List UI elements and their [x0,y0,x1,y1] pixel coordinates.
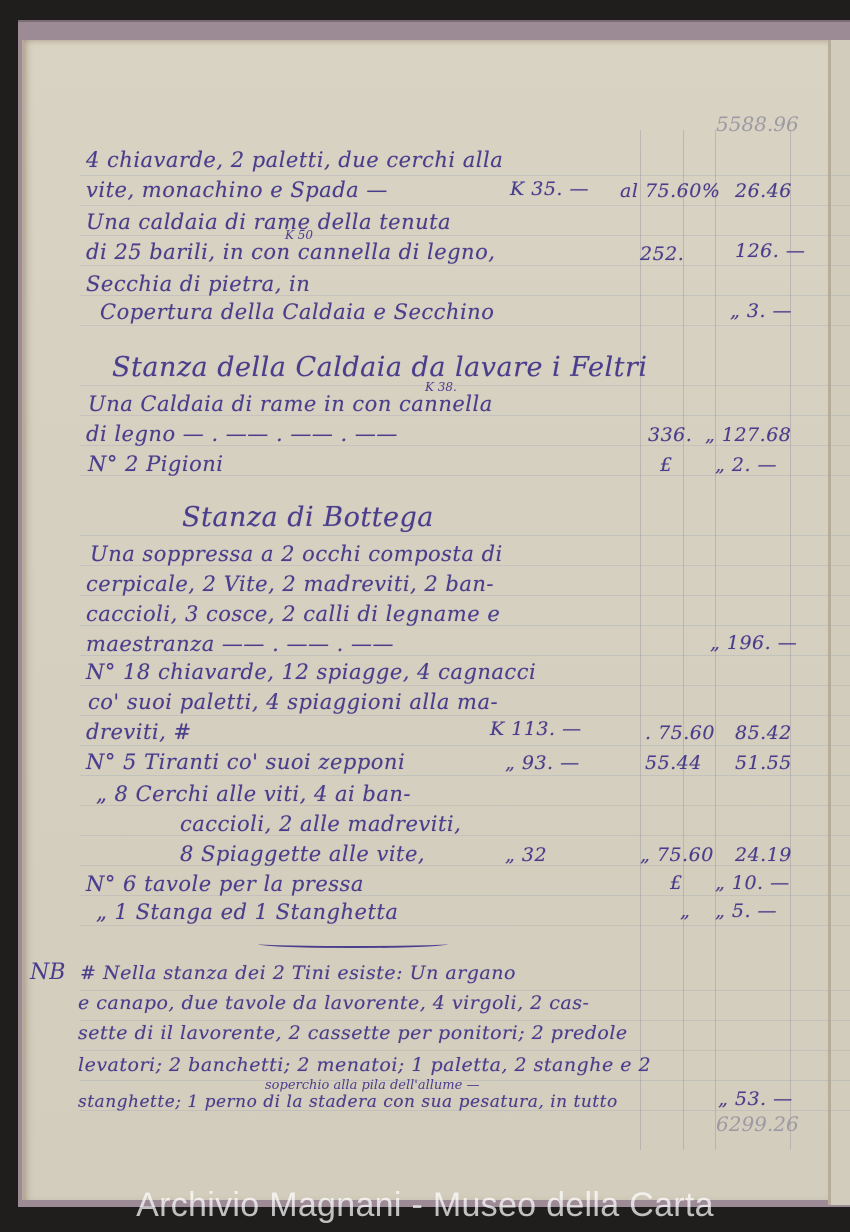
entry-rate: 252. [640,243,684,265]
note-amount: „ 53. — [718,1088,793,1110]
entry-amount: „ 196. — [710,632,797,654]
entry-amount: „ 5. — [715,900,777,922]
entry-rate: . 75.60 [645,722,715,744]
entry-line: co' suoi paletti, 4 spiaggioni alla ma- [88,690,498,714]
adjacent-page-edge [828,40,850,1205]
entry-line: N° 5 Tiranti co' suoi zepponi [86,750,405,774]
entry-line: caccioli, 3 cosce, 2 calli di legname e [86,602,500,626]
pencil-final-total: 6299.26 [716,1112,799,1136]
entry-amount: „ 2. — [715,454,777,476]
entry-line: cerpicale, 2 Vite, 2 madreviti, 2 ban- [86,572,494,596]
entry-amount: 24.19 [735,844,792,866]
entry-superscript: K 38. [425,380,457,394]
entry-line: „ 8 Cerchi alle viti, 4 ai ban- [96,782,411,806]
entry-amount: 51.55 [735,752,792,774]
entry-superscript: K 50 [285,228,313,242]
entry-line: 8 Spiaggette alle vite, [180,842,425,866]
entry-line: Una caldaia di rame della tenuta [86,210,451,234]
pencil-carried-total: 5588.96 [716,112,799,136]
entry-line: N° 6 tavole per la pressa [86,872,364,896]
entry-rate: „ 75.60 [640,844,714,866]
section-end-flourish [258,940,448,948]
entry-qty: „ 32 [505,844,547,866]
entry-rate: „ [680,900,690,922]
entry-amount: „ 127.68 [705,424,791,446]
note-line: sette di il lavorente, 2 cassette per po… [78,1022,628,1044]
entry-line: Una Caldaia di rame in con cannella [88,392,493,416]
entry-rate: 55.44 [645,752,702,774]
entry-line: vite, monachino e Spada — [86,178,388,202]
entry-line: N° 18 chiavarde, 12 spiagge, 4 cagnacci [86,660,536,684]
entry-line: dreviti, # [86,720,192,744]
entry-qty: „ 93. — [505,752,580,774]
note-line: levatori; 2 banchetti; 2 menatoi; 1 pale… [78,1054,651,1076]
entry-line: Copertura della Caldaia e Secchino [100,300,494,324]
entry-amount: 126. — [735,240,805,262]
entry-line: di 25 barili, in con cannella di legno, [86,240,495,264]
note-line: e canapo, due tavole da lavorente, 4 vir… [78,992,589,1014]
entry-line: maestranza —— . —— . —— [86,632,394,656]
entry-line: di legno — . —— . —— . —— [86,422,398,446]
section-heading: Stanza di Bottega [182,502,434,533]
entry-amount: „ 3. — [730,300,792,322]
archive-watermark: Archivio Magnani - Museo della Carta [0,1186,850,1225]
note-line: # Nella stanza dei 2 Tini esiste: Un arg… [80,962,516,984]
entry-rate: £ [670,872,683,894]
entry-rate: 336. [648,424,692,446]
entry-line: Una soppressa a 2 occhi composta di [90,542,503,566]
entry-qty: K 113. — [490,718,582,740]
entry-amount: 26.46 [735,180,792,202]
nb-marker: NB [30,960,65,985]
entry-line: 4 chiavarde, 2 paletti, due cerchi alla [86,148,503,172]
note-interlinear: soperchio alla pila dell'allume — [265,1078,479,1093]
entry-amount: „ 10. — [715,872,790,894]
entry-line: Secchia di pietra, in [86,272,310,296]
section-heading: Stanza della Caldaia da lavare i Feltri [112,352,648,383]
note-line: stanghette; 1 perno di la stadera con su… [78,1092,618,1112]
entry-line: N° 2 Pigioni [88,452,223,476]
entry-rate: £ [660,454,673,476]
entry-line: „ 1 Stanga ed 1 Stanghetta [96,900,398,924]
entry-rate: al 75.60% [620,180,720,202]
entry-line: caccioli, 2 alle madreviti, [180,812,461,836]
entry-qty: K 35. — [510,178,589,200]
entry-amount: 85.42 [735,722,792,744]
